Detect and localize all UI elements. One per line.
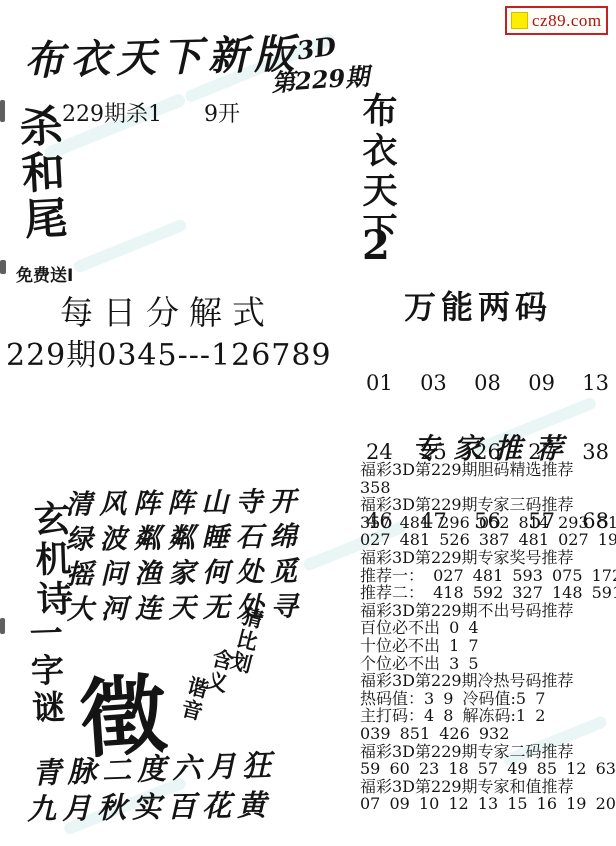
two-codes-title: 万能两码 [404, 282, 552, 328]
daily-formula-title: 每日分解式 [60, 287, 275, 334]
site-badge-label: cz89.com [532, 11, 602, 31]
watermark-streak [72, 218, 188, 274]
yellow-square-icon [511, 12, 528, 29]
expert-line: 十位必不出 1 7 [360, 637, 614, 655]
expert-line: 福彩3D第229期专家二码推荐 [360, 743, 614, 761]
lottery-sheet-page: cz89.com 布衣天下新版 3D 第229期 229期杀1 9开 杀和尾 布… [0, 0, 616, 846]
expert-line: 福彩3D第229期胆码精选推荐 [360, 461, 614, 479]
expert-line: 福彩3D第229期专家三码推荐 [360, 496, 614, 514]
daily-formula-value: 229期0345---126789 [6, 330, 332, 374]
expert-line: 59 60 23 18 57 49 85 12 63 [360, 760, 614, 778]
expert-line: 福彩3D第229期专家奖号推荐 [360, 549, 614, 567]
riddle-label: 一字谜 [20, 615, 71, 728]
kill-line-left: 229期杀1 [62, 97, 162, 128]
expert-line: 357 481 296 052 814 293 517 [360, 514, 614, 532]
expert-line: 039 851 426 932 [360, 725, 614, 743]
expert-line: 07 09 10 12 13 15 16 19 20 [360, 795, 614, 813]
mystery-poem-line: 大河连天无处寻 [67, 589, 305, 627]
left-vertical-banner: 杀和尾 [6, 102, 74, 243]
page-title: 布衣天下新版 [23, 22, 300, 86]
expert-line: 推荐二： 418 592 327 148 591 [360, 584, 614, 602]
mystery-poem-line: 摇问渔家何处觅 [66, 554, 304, 592]
right-banner-number: 2 [362, 222, 390, 269]
expert-line: 027 481 526 387 481 027 196 [360, 531, 614, 549]
kill-line: 229期杀1 9开 [62, 97, 240, 128]
expert-line: 福彩3D第229期专家和值推荐 [360, 778, 614, 796]
free-gift-note: 免费送Ⅰ [16, 261, 73, 286]
two-codes-row: 01 03 08 09 13 18 19? [366, 372, 616, 395]
expert-line: 福彩3D第229期不出号码推荐 [360, 602, 614, 620]
expert-line: 福彩3D第229期冷热号码推荐 [360, 672, 614, 690]
expert-section-body: 福彩3D第229期胆码精选推荐 358 福彩3D第229期专家三码推荐 357 … [360, 461, 614, 813]
expert-line: 主打码：4 8 解冻码:1 2 [360, 707, 614, 725]
scan-artifact [0, 100, 5, 122]
expert-line: 个位必不出 3 5 [360, 655, 614, 673]
mystery-poem-line: 清风阵阵山寺开 [65, 484, 303, 522]
mystery-poem-line: 绿波粼粼睡石绵 [66, 519, 304, 557]
site-badge-link[interactable]: cz89.com [505, 6, 608, 35]
scan-artifact [0, 618, 5, 634]
expert-line: 推荐一： 027 481 593 075 172 [360, 567, 614, 585]
kill-line-right: 9开 [204, 97, 240, 128]
scan-artifact [0, 260, 6, 274]
bottom-poem-line: 九月秋实百花黄 [27, 783, 273, 828]
riddle-hint: 谐音 [174, 673, 214, 725]
mystery-poem-body: 清风阵阵山寺开 绿波粼粼睡石绵 摇问渔家何处觅 大河连天无处寻 [65, 484, 305, 627]
expert-line: 百位必不出 0 4 [360, 619, 614, 637]
expert-line: 358 [360, 479, 614, 497]
expert-line: 热码值：3 9 冷码值:5 7 [360, 690, 614, 708]
